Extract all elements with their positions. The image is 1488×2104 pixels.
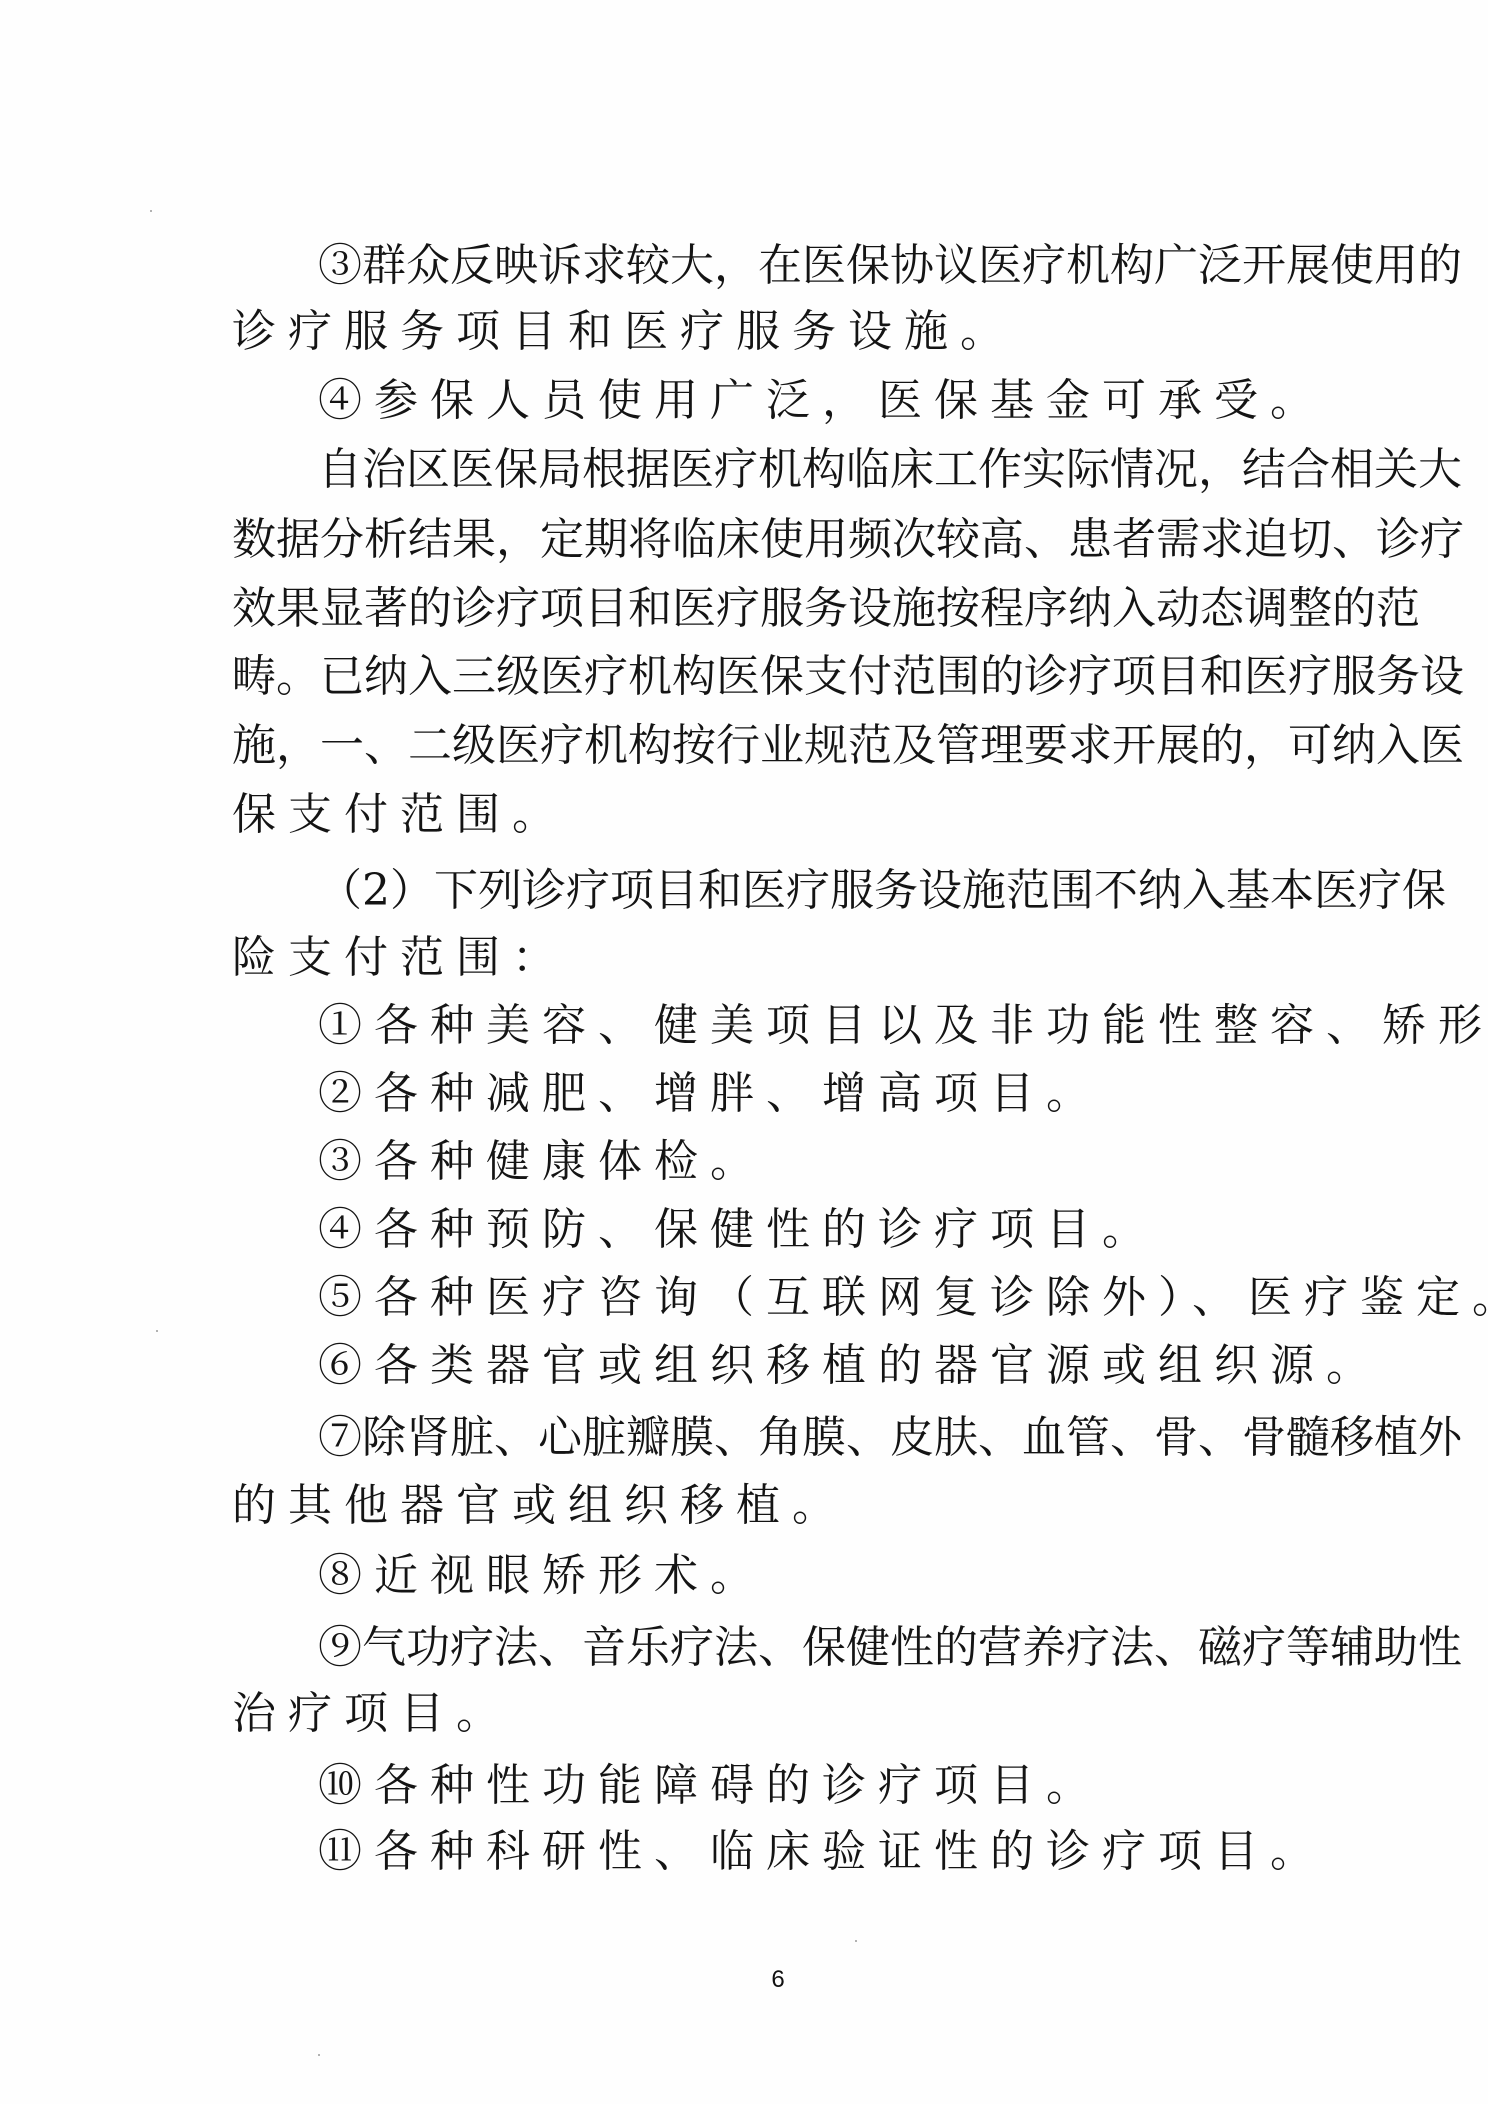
list-item: ③各种健康体检。	[318, 1132, 766, 1192]
scan-speck	[150, 210, 152, 212]
text-line: 畴。已纳入三级医疗机构医保支付范围的诊疗项目和医疗服务设	[232, 647, 1322, 707]
scan-speck	[855, 1940, 857, 1942]
scan-speck	[318, 2054, 320, 2056]
page-number: 6	[766, 1962, 790, 1998]
list-item: ⑥各类器官或组织移植的器官源或组织源。	[318, 1336, 1382, 1396]
list-item: ⑪各种科研性、临床验证性的诊疗项目。	[318, 1822, 1326, 1882]
list-item: ④各种预防、保健性的诊疗项目。	[318, 1200, 1158, 1260]
list-item: ①各种美容、健美项目以及非功能性整容、矫形手术等。	[318, 996, 1488, 1056]
text-line: 险支付范围：	[232, 928, 568, 988]
list-item: ⑩各种性功能障碍的诊疗项目。	[318, 1756, 1102, 1816]
scan-speck	[156, 1330, 158, 1332]
list-item: ⑦除肾脏、心脏瓣膜、角膜、皮肤、血管、骨、骨髓移植外	[318, 1408, 1322, 1468]
list-item: ⑧近视眼矫形术。	[318, 1546, 766, 1606]
document-page: ③群众反映诉求较大，在医保协议医疗机构广泛开展使用的 诊疗服务项目和医疗服务设施…	[0, 0, 1488, 2104]
text-line: 保支付范围。	[232, 785, 568, 845]
text-line: 施，一、二级医疗机构按行业规范及管理要求开展的，可纳入医	[232, 716, 1322, 776]
section-heading: （2）下列诊疗项目和医疗服务设施范围不纳入基本医疗保	[318, 861, 1322, 921]
list-item-continuation: 治疗项目。	[232, 1684, 512, 1744]
text-line: 自治区医保局根据医疗机构临床工作实际情况，结合相关大	[318, 440, 1322, 500]
list-item-continuation: 的其他器官或组织移植。	[232, 1476, 848, 1536]
text-line: 诊疗服务项目和医疗服务设施。	[232, 302, 1016, 362]
text-line: 数据分析结果，定期将临床使用频次较高、患者需求迫切、诊疗	[232, 510, 1322, 570]
list-item: ⑤各种医疗咨询（互联网复诊除外）、医疗鉴定。	[318, 1268, 1488, 1328]
text-line: ④参保人员使用广泛，医保基金可承受。	[318, 371, 1326, 431]
list-item: ②各种减肥、增胖、增高项目。	[318, 1064, 1102, 1124]
text-line: ③群众反映诉求较大，在医保协议医疗机构广泛开展使用的	[318, 236, 1322, 296]
list-item: ⑨气功疗法、音乐疗法、保健性的营养疗法、磁疗等辅助性	[318, 1618, 1322, 1678]
scan-speck	[860, 338, 862, 340]
text-line: 效果显著的诊疗项目和医疗服务设施按程序纳入动态调整的范	[232, 579, 1322, 639]
